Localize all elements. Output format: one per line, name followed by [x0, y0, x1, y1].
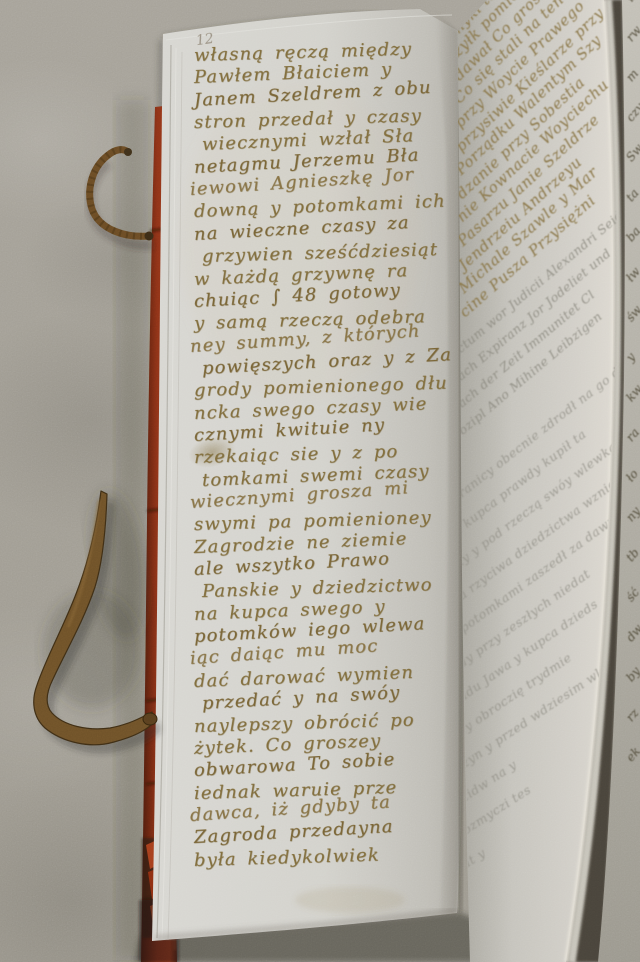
handwriting-fragment: Sw [624, 142, 640, 164]
handwriting-fragment: ta [624, 187, 640, 204]
handwritten-line: Panskie y dziedzictwo [202, 577, 433, 602]
handwriting-fragment: by [624, 665, 640, 684]
handwriting-fragment: ek [624, 745, 640, 764]
handwriting-fragment: ba [624, 225, 640, 244]
handwriting-fragment: m [624, 67, 640, 83]
handwriting-fragment: ło [624, 467, 640, 483]
handwriting-fragment: ny [624, 505, 640, 524]
handwriting-fragment: czy [624, 101, 640, 124]
handwriting-fragment: y [624, 351, 638, 364]
manuscript-photo: 12 własną ręczą międzyPawłem Błaiciem yJ… [0, 0, 640, 962]
handwriting-fragment: kw [624, 383, 640, 404]
handwriting-fragment: rw [624, 24, 640, 44]
handwriting-fragment: ra [624, 426, 640, 444]
handwritten-line: naylepszy obrócić po [194, 711, 415, 736]
handwriting-fragment: tb [624, 546, 640, 563]
handwriting-fragment: rz [624, 707, 640, 724]
handwriting-fragment: ła [624, 0, 640, 4]
handwriting-fragment: ść [624, 586, 640, 604]
handwriting-fragment: łw [624, 265, 640, 284]
handwritten-line: była kiedykolwiek [194, 846, 380, 870]
handwriting-fragment: św [624, 303, 640, 323]
handwriting-fragment: dw [624, 622, 640, 643]
